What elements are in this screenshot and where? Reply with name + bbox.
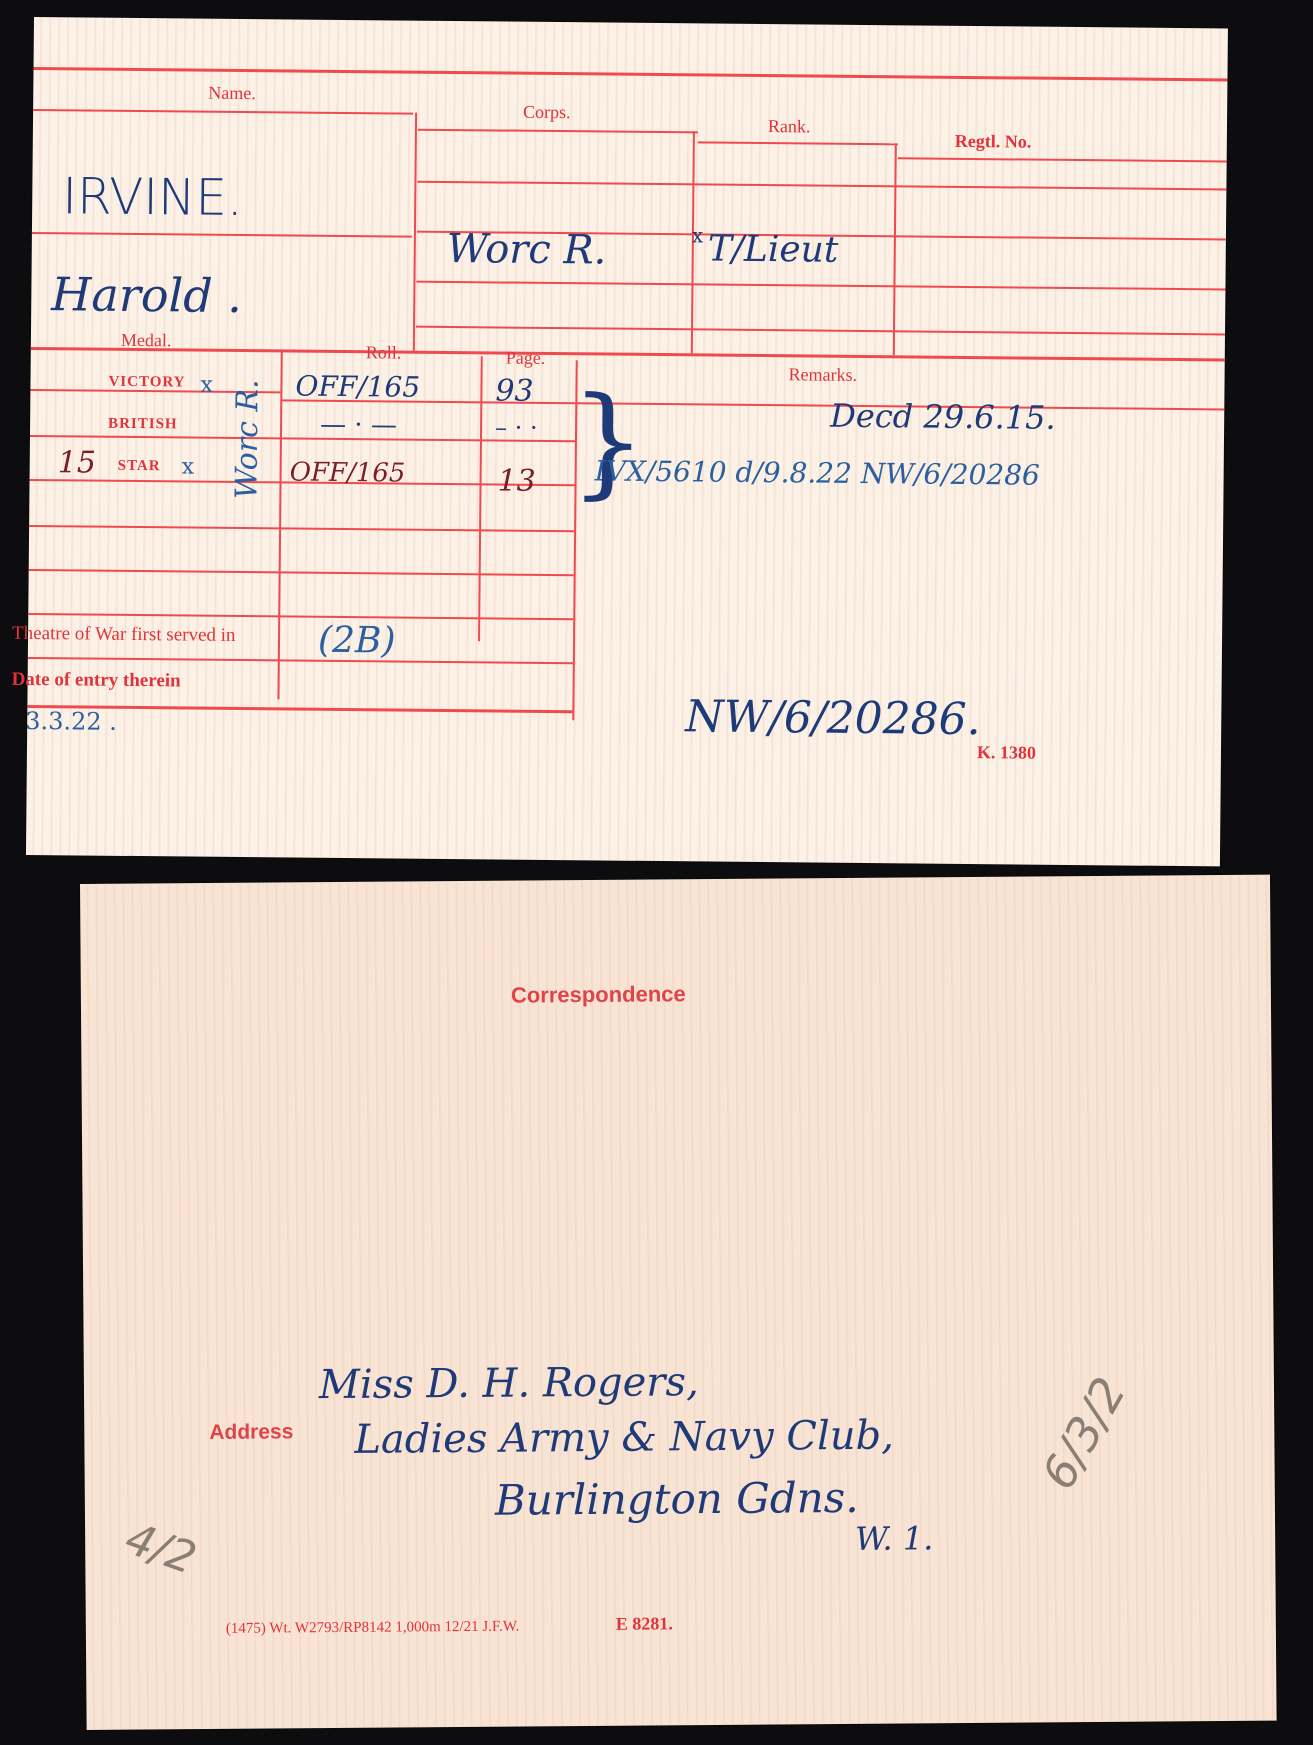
divider — [478, 356, 483, 641]
rule — [31, 347, 1225, 361]
medal-star-mark: x — [182, 454, 195, 479]
header-remarks: Remarks. — [788, 364, 857, 386]
rule — [30, 435, 575, 442]
roll-victory: OFF/165 — [295, 370, 420, 404]
date-entry-value: 3.3.22 . — [25, 707, 117, 736]
address-line-4: W. 1. — [855, 1519, 933, 1558]
rule — [28, 613, 573, 620]
form-number: K. 1380 — [977, 742, 1036, 764]
rule — [698, 141, 898, 145]
rule — [416, 281, 1225, 291]
correspondence-title: Correspondence — [511, 981, 686, 1008]
page-star: 13 — [497, 463, 536, 498]
rule — [29, 569, 574, 576]
page-victory: 93 — [495, 373, 534, 408]
pencil-note-left: 4/2 — [119, 1513, 203, 1585]
remarks-line2: IVX/5610 d/9.8.22 NW/6/20286 — [595, 454, 1040, 491]
remarks-line1: Decd 29.6.15. — [830, 397, 1056, 437]
medal-card-front: Name. Corps. Rank. Regtl. No. IRVINE. Ha… — [26, 17, 1228, 866]
side-note-corps: Worc R. — [229, 379, 265, 499]
divider — [893, 143, 897, 355]
rule — [33, 109, 413, 115]
medal-british: BRITISH — [108, 416, 178, 434]
address-line-3: Burlington Gdns. — [495, 1473, 859, 1525]
rule — [29, 525, 574, 532]
header-corps: Corps. — [523, 102, 571, 123]
theatre-value: (2B) — [318, 620, 396, 662]
printer-line: (1475) Wt. W2793/RP8142 1,000m 12/21 J.F… — [226, 1619, 520, 1638]
rank-value: T/Lieut — [708, 228, 839, 270]
rule — [28, 657, 573, 664]
medal-star: STAR — [118, 458, 161, 475]
header-name: Name. — [208, 83, 256, 104]
address-label: Address — [209, 1420, 293, 1445]
date-entry-label: Date of entry therein — [12, 669, 181, 693]
address-line-1: Miss D. H. Rogers, — [319, 1359, 699, 1408]
header-page: Page. — [506, 348, 546, 369]
divider — [277, 349, 282, 699]
rule — [416, 326, 1225, 336]
footer-ref: NW/6/20286. — [685, 691, 981, 745]
header-medal: Medal. — [121, 330, 172, 351]
corps-value: Worc R. — [447, 226, 607, 274]
rule — [32, 232, 412, 238]
rule — [898, 157, 1227, 162]
forename: Harold . — [51, 267, 242, 323]
header-roll: Roll. — [366, 342, 402, 363]
roll-star: OFF/165 — [289, 457, 405, 488]
page-british: – · · — [495, 413, 538, 441]
rank-mark: x — [692, 223, 704, 247]
rule — [33, 67, 1227, 81]
medal-card-back: Correspondence Address Miss D. H. Rogers… — [80, 875, 1277, 1730]
header-rank: Rank. — [768, 116, 811, 137]
pencil-note-right: 6/3/2 — [1031, 1368, 1137, 1498]
roll-british: — · — — [320, 410, 397, 441]
medal-victory-mark: x — [200, 373, 213, 398]
rule — [417, 181, 1226, 191]
printer-code: E 8281. — [616, 1613, 673, 1634]
star-prefix: 15 — [58, 445, 97, 480]
surname: IRVINE. — [62, 167, 243, 227]
address-line-2: Ladies Army & Navy Club, — [354, 1413, 894, 1463]
header-regtl-no: Regtl. No. — [955, 131, 1032, 153]
medal-victory: VICTORY — [108, 374, 185, 392]
rule — [418, 129, 698, 134]
theatre-label: Theatre of War first served in — [12, 623, 236, 647]
